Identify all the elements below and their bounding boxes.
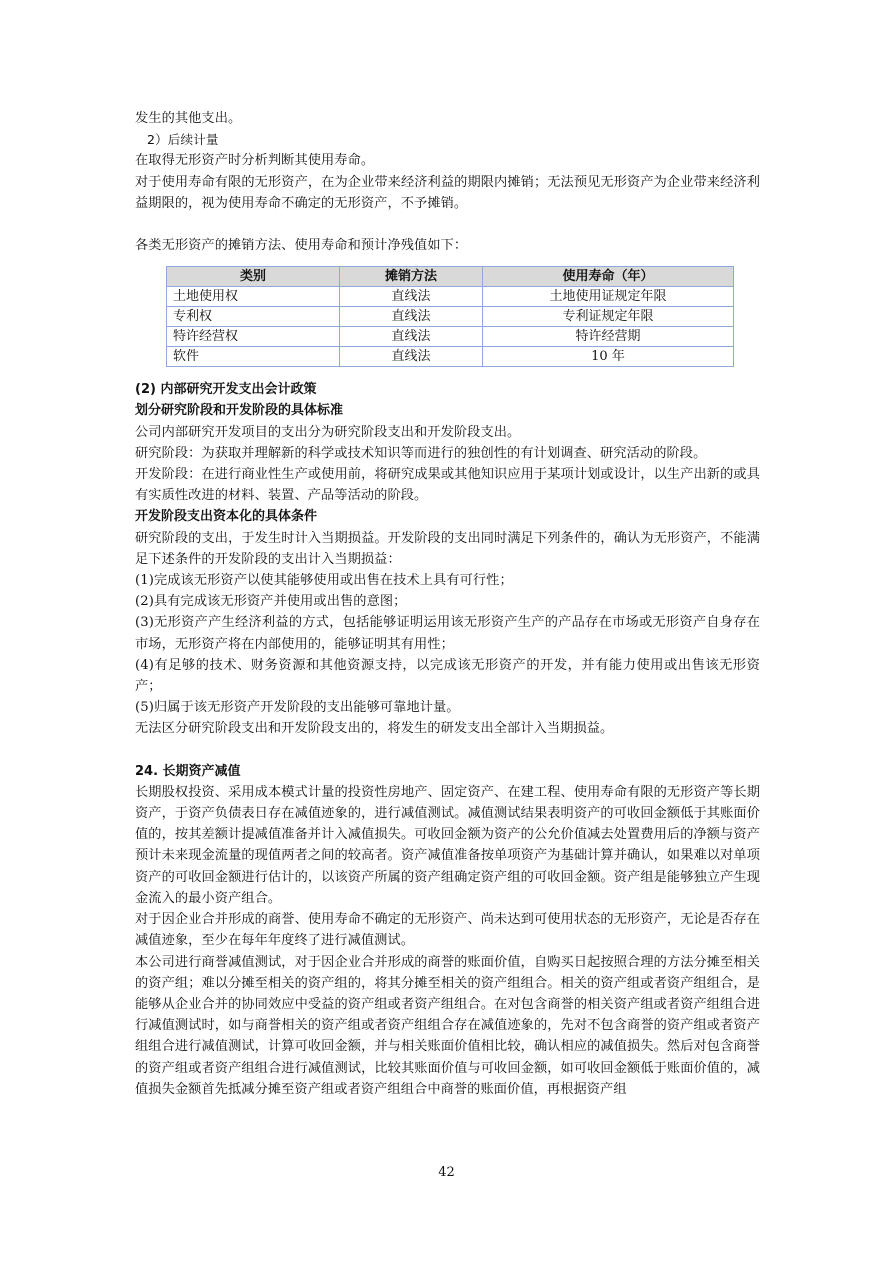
- cell-useful-life: 土地使用证规定年限: [483, 287, 734, 307]
- column-header-useful-life: 使用寿命（年）: [483, 267, 734, 287]
- paragraph: 对于因企业合并形成的商誉、使用寿命不确定的无形资产、尚未达到可使用状态的无形资产…: [135, 909, 760, 951]
- table-row: 软件 直线法 10 年: [167, 347, 734, 367]
- condition-item: (1)完成该无形资产以使其能够使用或出售在技术上具有可行性；: [135, 570, 760, 591]
- condition-item: (5)归属于该无形资产开发阶段的支出能够可靠地计量。: [135, 697, 760, 718]
- paragraph: 研究阶段：为获取并理解新的科学或技术知识等而进行的独创性的有计划调查、研究活动的…: [135, 443, 760, 464]
- cell-useful-life: 特许经营期: [483, 327, 734, 347]
- paragraph: 长期股权投资、采用成本模式计量的投资性房地产、固定资产、在建工程、使用寿命有限的…: [135, 782, 760, 909]
- paragraph: 本公司进行商誉减值测试，对于因企业合并形成的商誉的账面价值，自购买日起按照合理的…: [135, 952, 760, 1100]
- cell-category: 特许经营权: [167, 327, 340, 347]
- cell-method: 直线法: [340, 307, 483, 327]
- paragraph: 开发阶段：在进行商业性生产或使用前，将研究成果或其他知识应用于某项计划或设计，以…: [135, 464, 760, 506]
- paragraph: 发生的其他支出。: [135, 108, 760, 129]
- subheading-subsequent-measurement: 2）后续计量: [135, 129, 760, 150]
- paragraph: 在取得无形资产时分析判断其使用寿命。: [135, 150, 760, 171]
- page-number: 42: [0, 1165, 893, 1180]
- paragraph: 对于使用寿命有限的无形资产，在为企业带来经济利益的期限内摊销；无法预见无形资产为…: [135, 172, 760, 214]
- cell-useful-life: 10 年: [483, 347, 734, 367]
- amortization-table: 类别 摊销方法 使用寿命（年） 土地使用权 直线法 土地使用证规定年限 专利权 …: [166, 266, 734, 367]
- column-header-method: 摊销方法: [340, 267, 483, 287]
- condition-item: (4)有足够的技术、财务资源和其他资源支持，以完成该无形资产的开发，并有能力使用…: [135, 655, 760, 697]
- section-heading-rd-policy: (2) 内部研究开发支出会计政策: [135, 379, 760, 400]
- paragraph: 研究阶段的支出，于发生时计入当期损益。开发阶段的支出同时满足下列条件的，确认为无…: [135, 528, 760, 570]
- cell-category: 土地使用权: [167, 287, 340, 307]
- cell-method: 直线法: [340, 347, 483, 367]
- document-page: 发生的其他支出。 2）后续计量 在取得无形资产时分析判断其使用寿命。 对于使用寿…: [135, 108, 760, 1100]
- table-row: 特许经营权 直线法 特许经营期: [167, 327, 734, 347]
- cell-method: 直线法: [340, 327, 483, 347]
- condition-item: (3)无形资产产生经济利益的方式，包括能够证明运用该无形资产生产的产品存在市场或…: [135, 612, 760, 654]
- table-header-row: 类别 摊销方法 使用寿命（年）: [167, 267, 734, 287]
- section-heading-impairment: 24. 长期资产减值: [135, 761, 760, 782]
- cell-category: 软件: [167, 347, 340, 367]
- table-row: 土地使用权 直线法 土地使用证规定年限: [167, 287, 734, 307]
- cell-category: 专利权: [167, 307, 340, 327]
- condition-item: (2)具有完成该无形资产并使用或出售的意图；: [135, 591, 760, 612]
- table-row: 专利权 直线法 专利证规定年限: [167, 307, 734, 327]
- paragraph: 无法区分研究阶段支出和开发阶段支出的，将发生的研发支出全部计入当期损益。: [135, 718, 760, 739]
- paragraph: 公司内部研究开发项目的支出分为研究阶段支出和开发阶段支出。: [135, 422, 760, 443]
- paragraph: 各类无形资产的摊销方法、使用寿命和预计净残值如下：: [135, 235, 760, 256]
- cell-method: 直线法: [340, 287, 483, 307]
- subheading-stage-criteria: 划分研究阶段和开发阶段的具体标准: [135, 400, 760, 421]
- column-header-category: 类别: [167, 267, 340, 287]
- subheading-capitalization-conditions: 开发阶段支出资本化的具体条件: [135, 506, 760, 527]
- cell-useful-life: 专利证规定年限: [483, 307, 734, 327]
